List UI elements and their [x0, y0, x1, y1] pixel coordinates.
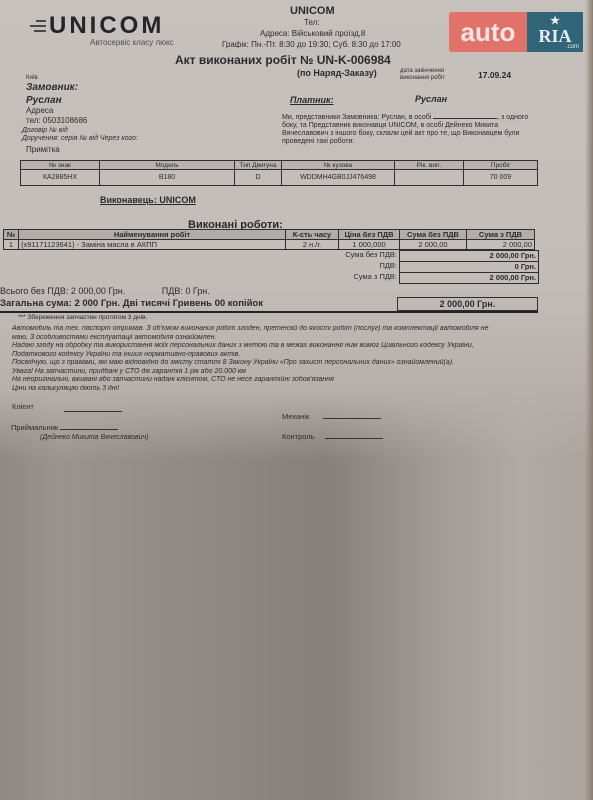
watermark-auto: auto — [449, 12, 527, 52]
terms-line: Автомобіль та тех. паспорт отримав. З об… — [12, 325, 534, 334]
customer-phone: тел: 0503108686 — [26, 116, 87, 125]
grand-total-box: 2 000,00 Грн. — [397, 297, 538, 311]
autoria-watermark: auto ★ RIA .com — [449, 12, 583, 52]
finish-date: 17.09.24 — [478, 70, 511, 80]
customer-label: Замовник: — [26, 82, 78, 93]
speed-lines-icon — [28, 17, 46, 35]
works-header: № — [4, 230, 19, 240]
mechanic-label: Механік — [282, 412, 309, 421]
total-gross-row: Сума з ПДВ: 2 000,00 Грн. — [297, 272, 539, 284]
vehicle-table: № знак Модель Тип Двигуна № кузова Рік. … — [20, 160, 538, 186]
intro-part-1: Ми, представники Замовника: Руслан, в ос… — [282, 114, 431, 121]
vehicle-header: Тип Двигуна — [235, 161, 282, 170]
terms-line: Надаю згоду на обробку та використання м… — [12, 342, 534, 351]
payer-name: Руслан — [415, 94, 447, 104]
document-title: Акт виконаних робіт № UN-K-006984 — [175, 53, 391, 67]
vehicle-header: № знак — [21, 161, 100, 170]
client-signature: Клієнт — [12, 402, 122, 411]
mileage: 70 009 — [464, 170, 538, 186]
city: Київ — [26, 75, 38, 81]
control-label: Контроль — [282, 432, 315, 441]
works-header: Найменування робіт — [19, 230, 286, 240]
signature-line — [64, 411, 122, 412]
mechanic-signature: Механік — [282, 412, 381, 421]
model: B180 — [100, 170, 235, 186]
company-logo: UNICOM Автосервіс класу люкс — [28, 12, 174, 47]
customer-name: Руслан — [26, 95, 62, 106]
terms-line: Ціни на калькуляцію діють 3 дні! — [12, 385, 534, 394]
company-address: Адреса: Військовий проїзд,8 — [260, 29, 365, 38]
sum-net: 2 000,00 — [400, 240, 467, 250]
control-signature: Контроль — [282, 432, 383, 441]
contract-field: Договір № від — [22, 127, 68, 134]
customer-address: Адреса — [26, 106, 53, 115]
receiver-name: (Дейнеко Микита Вячеславович) — [40, 434, 149, 441]
receiver-label: Приймальник — [11, 423, 58, 432]
vin: WDDMH4GB0JJ476498 — [282, 170, 395, 186]
table-row: 1 (х91171123641) - Заміна масла в АКПП 2… — [4, 240, 535, 250]
logo-tagline: Автосервіс класу люкс — [90, 38, 174, 47]
summary-line: Всього без ПДВ: 2 000,00 Грн. ПДВ: 0 Грн… — [0, 286, 210, 296]
company-phone: Тел: — [304, 18, 320, 27]
vehicle-header: Рік. вип. — [395, 161, 464, 170]
works-header: Сума з ПДВ — [467, 230, 535, 240]
payer-label: Платник: — [290, 95, 334, 105]
grand-total-text: Загальна сума: 2 000 Грн. Дві тисячі Гри… — [0, 298, 263, 309]
signature-line — [60, 429, 118, 430]
work-name: (х91171123641) - Заміна масла в АКПП — [19, 240, 286, 250]
paper-edge — [585, 0, 593, 800]
sum-gross: 2 000,00 — [467, 240, 535, 250]
works-header: К-сть часу — [286, 230, 339, 240]
summary-vat: ПДВ: 0 Грн. — [162, 286, 210, 296]
order-reference: (по Наряд-Заказу) — [297, 68, 377, 78]
total-gross-value: 2 000,00 Грн. — [399, 272, 539, 284]
note-field: Примітка — [26, 145, 60, 154]
total-gross-label: Сума з ПДВ: — [297, 272, 397, 284]
works-table: № Найменування робіт К-сть часу Ціна без… — [3, 229, 535, 250]
engine-type: D — [235, 170, 282, 186]
vehicle-header: Пробіг — [464, 161, 538, 170]
receiver-signature: Приймальник — [11, 423, 118, 432]
year — [395, 170, 464, 186]
vendor: Виконавець: UNICOM — [100, 195, 196, 205]
power-of-attorney-field: Доручення: серія № від Через кого: — [22, 135, 138, 142]
company-name: UNICOM — [290, 5, 335, 17]
row-number: 1 — [4, 240, 19, 250]
price-net: 1 000,000 — [339, 240, 400, 250]
hours: 2 н./г. — [286, 240, 339, 250]
works-header: Ціна без ПДВ — [339, 230, 400, 240]
divider — [0, 311, 538, 313]
terms-line: маю, З особливостями експлуатації автомо… — [12, 334, 534, 343]
terms-line: Посвідчую, що з правами, які маю відпові… — [12, 359, 534, 368]
company-schedule: Графік: Пн.-Пт. 8:30 до 19:30; Суб. 8:30… — [222, 40, 401, 49]
plate-number: КА2885НХ — [21, 170, 100, 186]
total-without-vat: Всього без ПДВ: 2 000,00 Грн. — [0, 286, 125, 296]
terms-line: На неоригінальні, вживані або запчастини… — [12, 376, 534, 385]
intro-paragraph: Ми, представники Замовника: Руслан, в ос… — [282, 114, 534, 146]
vehicle-header: № кузова — [282, 161, 395, 170]
finish-date-label: дата закінчення виконання робіт — [400, 68, 460, 82]
signature-line — [325, 438, 383, 439]
star-icon: ★ — [550, 17, 560, 26]
watermark-ria: ★ RIA .com — [527, 12, 583, 52]
vehicle-header: Модель — [100, 161, 235, 170]
logo-text: UNICOM — [49, 12, 164, 40]
signature-line — [323, 418, 381, 419]
watermark-domain: .com — [566, 44, 579, 50]
works-header: Сума без ПДВ — [400, 230, 467, 240]
blank-line — [433, 118, 497, 119]
parts-storage-note: *** Збереження запчастин протягом 3 днів… — [18, 314, 147, 321]
terms-block: Автомобіль та тех. паспорт отримав. З об… — [12, 325, 534, 393]
client-label: Клієнт — [12, 402, 34, 411]
terms-line: Податкового кодексу України та інших нор… — [12, 351, 534, 360]
terms-line: Увага! На запчастини, придбані у СТО діє… — [12, 368, 534, 377]
